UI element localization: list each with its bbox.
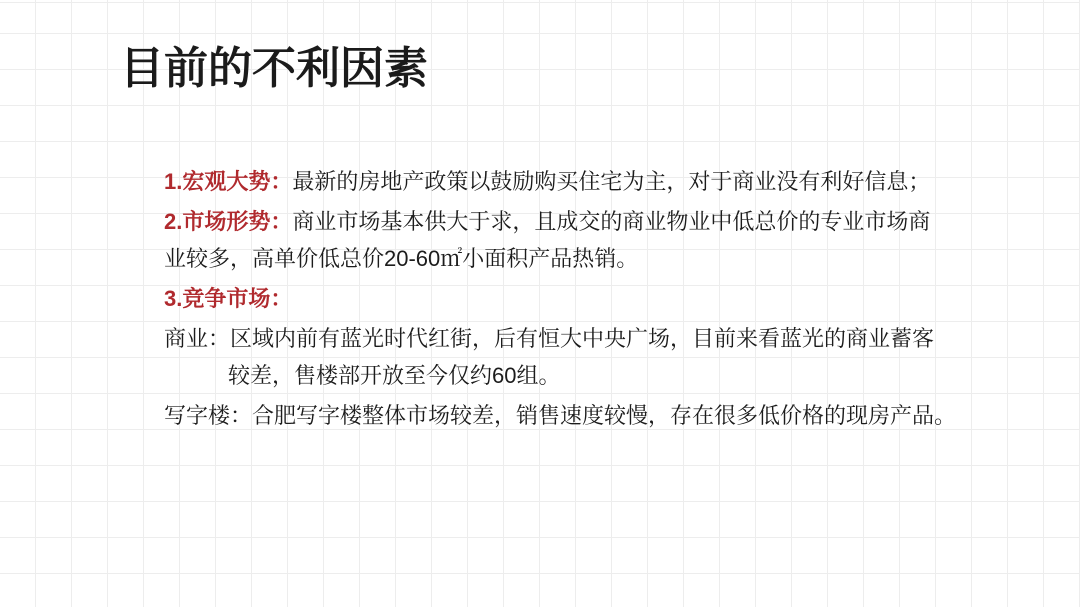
red-heading-label: 1.宏观大势： xyxy=(164,169,292,194)
paragraph: 1.宏观大势：最新的房地产政策以鼓励购买住宅为主，对于商业没有利好信息； xyxy=(164,163,984,200)
presentation-slide: 目前的不利因素 1.宏观大势：最新的房地产政策以鼓励购买住宅为主，对于商业没有利… xyxy=(0,0,1080,607)
text-line: 业较多，高单价低总价20-60㎡小面积产品热销。 xyxy=(164,240,984,277)
text-line: 3.竞争市场： xyxy=(164,280,984,317)
slide-body-text: 1.宏观大势：最新的房地产政策以鼓励购买住宅为主，对于商业没有利好信息；2.市场… xyxy=(164,163,984,434)
body-text-run: 业较多，高单价低总价20-60㎡小面积产品热销。 xyxy=(164,246,638,271)
paragraph: 2.市场形势：商业市场基本供大于求，且成交的商业物业中低总价的专业市场商业较多，… xyxy=(164,203,984,277)
text-line: 1.宏观大势：最新的房地产政策以鼓励购买住宅为主，对于商业没有利好信息； xyxy=(164,163,984,200)
slide-title: 目前的不利因素 xyxy=(120,47,428,91)
text-line: 较差，售楼部开放至今仅约60组。 xyxy=(164,357,984,394)
paragraph: 商业：区域内前有蓝光时代红街，后有恒大中央广场，目前来看蓝光的商业蓄客较差，售楼… xyxy=(164,320,984,394)
text-line: 写字楼：合肥写字楼整体市场较差，销售速度较慢，存在很多低价格的现房产品。 xyxy=(164,397,984,434)
paragraph: 写字楼：合肥写字楼整体市场较差，销售速度较慢，存在很多低价格的现房产品。 xyxy=(164,397,984,434)
text-line: 商业：区域内前有蓝光时代红街，后有恒大中央广场，目前来看蓝光的商业蓄客 xyxy=(164,320,984,357)
body-text-run: 写字楼：合肥写字楼整体市场较差，销售速度较慢，存在很多低价格的现房产品。 xyxy=(164,403,956,428)
paragraph: 3.竞争市场： xyxy=(164,280,984,317)
red-heading-label: 2.市场形势： xyxy=(164,209,292,234)
red-heading-label: 3.竞争市场： xyxy=(164,286,292,311)
body-text-run: 商业：区域内前有蓝光时代红街，后有恒大中央广场，目前来看蓝光的商业蓄客 xyxy=(164,326,934,351)
body-text-run: 最新的房地产政策以鼓励购买住宅为主，对于商业没有利好信息； xyxy=(292,169,930,194)
body-text-run: 商业市场基本供大于求，且成交的商业物业中低总价的专业市场商 xyxy=(292,209,930,234)
text-line: 2.市场形势：商业市场基本供大于求，且成交的商业物业中低总价的专业市场商 xyxy=(164,203,984,240)
body-text-run: 较差，售楼部开放至今仅约60组。 xyxy=(228,363,560,388)
